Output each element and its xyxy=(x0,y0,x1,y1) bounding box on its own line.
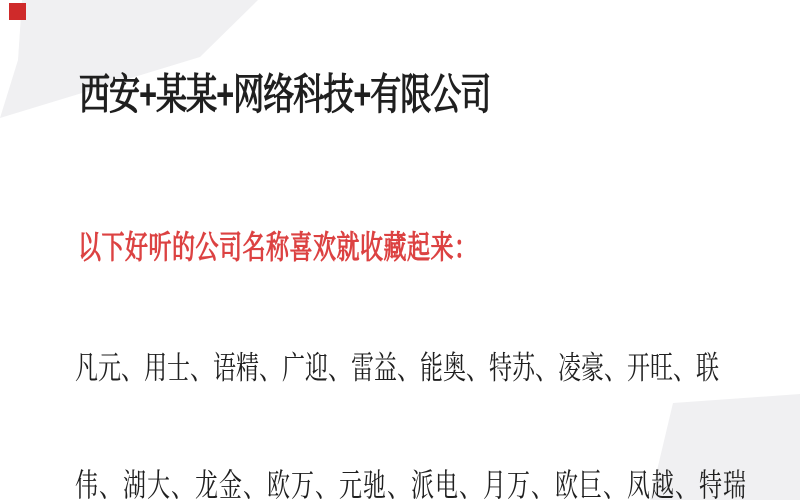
company-names-line-1: 凡元、用士、语精、广迎、雷益、能奥、特苏、凌豪、开旺、联 xyxy=(75,352,719,384)
company-names-line-2: 伟、湖大、龙金、欧万、元驰、派电、月万、欧巨、凤越、特瑞 xyxy=(75,470,747,500)
article-subtitle: 以下好听的公司名称喜欢就收藏起来： xyxy=(78,232,478,264)
page-title: 西安+某某+网络科技+有限公司 xyxy=(79,73,490,116)
article-content: 西安+某某+网络科技+有限公司 以下好听的公司名称喜欢就收藏起来： 凡元、用士、… xyxy=(0,0,800,500)
